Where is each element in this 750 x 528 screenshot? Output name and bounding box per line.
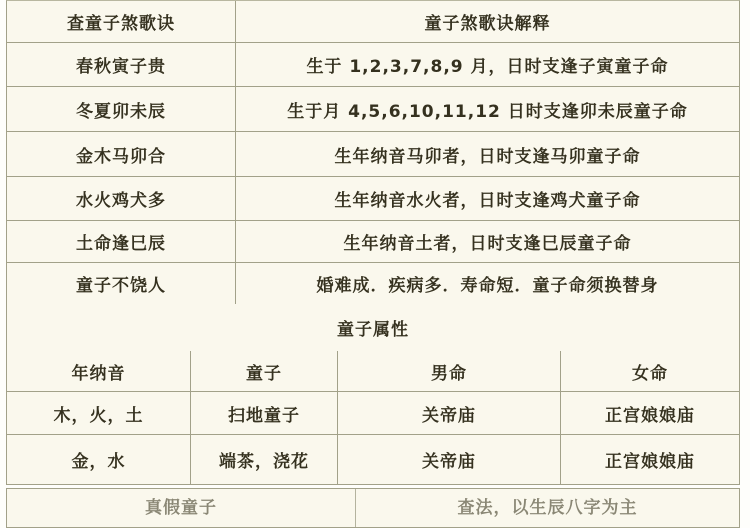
explain-cell: 生于 1,2,3,7,8,9 月，日时支逢子寅童子命	[236, 43, 739, 86]
gejue-cell: 童子不饶人	[7, 263, 236, 304]
header-female: 女命	[561, 351, 739, 391]
attr-cell-tongzi: 端茶，浇花	[191, 435, 338, 484]
header-male: 男命	[338, 351, 561, 391]
attr-cell-nayin: 金，水	[7, 435, 191, 484]
gejue-lookup-table: 查童子煞歌诀 童子煞歌诀解释 春秋寅子贵 生于 1,2,3,7,8,9 月，日时…	[7, 1, 739, 304]
attr-cell-female: 正宫娘娘庙	[561, 392, 739, 434]
explain-cell: 生于月 4,5,6,10,11,12 日时支逢卯未辰童子命	[236, 87, 739, 131]
attr-cell-nayin: 木，火，土	[7, 392, 191, 434]
gejue-cell: 春秋寅子贵	[7, 43, 236, 86]
tongzi-fortune-sheet: 查童子煞歌诀 童子煞歌诀解释 春秋寅子贵 生于 1,2,3,7,8,9 月，日时…	[6, 0, 740, 500]
table-row: 童子不饶人 婚难成．疾病多．寿命短．童子命须换替身	[7, 262, 739, 304]
attr-header-row: 年纳音 童子 男命 女命	[7, 351, 739, 391]
header-gejue: 查童子煞歌诀	[7, 1, 236, 42]
attr-cell-male: 关帝庙	[338, 392, 561, 434]
tongzi-table: 查童子煞歌诀 童子煞歌诀解释 春秋寅子贵 生于 1,2,3,7,8,9 月，日时…	[6, 0, 740, 485]
attr-cell-tongzi: 扫地童子	[191, 392, 338, 434]
attr-cell-male: 关帝庙	[338, 435, 561, 484]
gejue-cell: 冬夏卯未辰	[7, 87, 236, 131]
section-title: 童子属性	[7, 304, 739, 351]
explain-cell: 婚难成．疾病多．寿命短．童子命须换替身	[236, 263, 739, 304]
attr-row: 金，水 端茶，浇花 关帝庙 正宫娘娘庙	[7, 434, 739, 484]
attribute-table: 年纳音 童子 男命 女命 木，火，土 扫地童子 关帝庙 正宫娘娘庙 金，水 端茶…	[7, 351, 739, 484]
table-row: 金木马卯合 生年纳音马卯者，日时支逢马卯童子命	[7, 131, 739, 176]
table-header-row: 查童子煞歌诀 童子煞歌诀解释	[7, 1, 739, 42]
footer-partial-row: 真假童子 查法，以生辰八字为主	[6, 488, 740, 500]
table-row: 水火鸡犬多 生年纳音水火者，日时支逢鸡犬童子命	[7, 176, 739, 220]
attr-cell-female: 正宫娘娘庙	[561, 435, 739, 484]
header-explain: 童子煞歌诀解释	[236, 1, 739, 42]
gejue-cell: 金木马卯合	[7, 132, 236, 176]
gejue-cell: 土命逢巳辰	[7, 221, 236, 262]
explain-cell: 生年纳音土者，日时支逢巳辰童子命	[236, 221, 739, 262]
header-tongzi: 童子	[191, 351, 338, 391]
gejue-cell: 水火鸡犬多	[7, 177, 236, 220]
table-row: 春秋寅子贵 生于 1,2,3,7,8,9 月，日时支逢子寅童子命	[7, 42, 739, 86]
table-row: 土命逢巳辰 生年纳音土者，日时支逢巳辰童子命	[7, 220, 739, 262]
explain-cell: 生年纳音水火者，日时支逢鸡犬童子命	[236, 177, 739, 220]
header-nayin: 年纳音	[7, 351, 191, 391]
table-row: 冬夏卯未辰 生于月 4,5,6,10,11,12 日时支逢卯未辰童子命	[7, 86, 739, 131]
explain-cell: 生年纳音马卯者，日时支逢马卯童子命	[236, 132, 739, 176]
attr-row: 木，火，土 扫地童子 关帝庙 正宫娘娘庙	[7, 391, 739, 434]
footer-left-cell: 真假童子	[7, 489, 356, 500]
footer-right-cell: 查法，以生辰八字为主	[356, 489, 739, 500]
